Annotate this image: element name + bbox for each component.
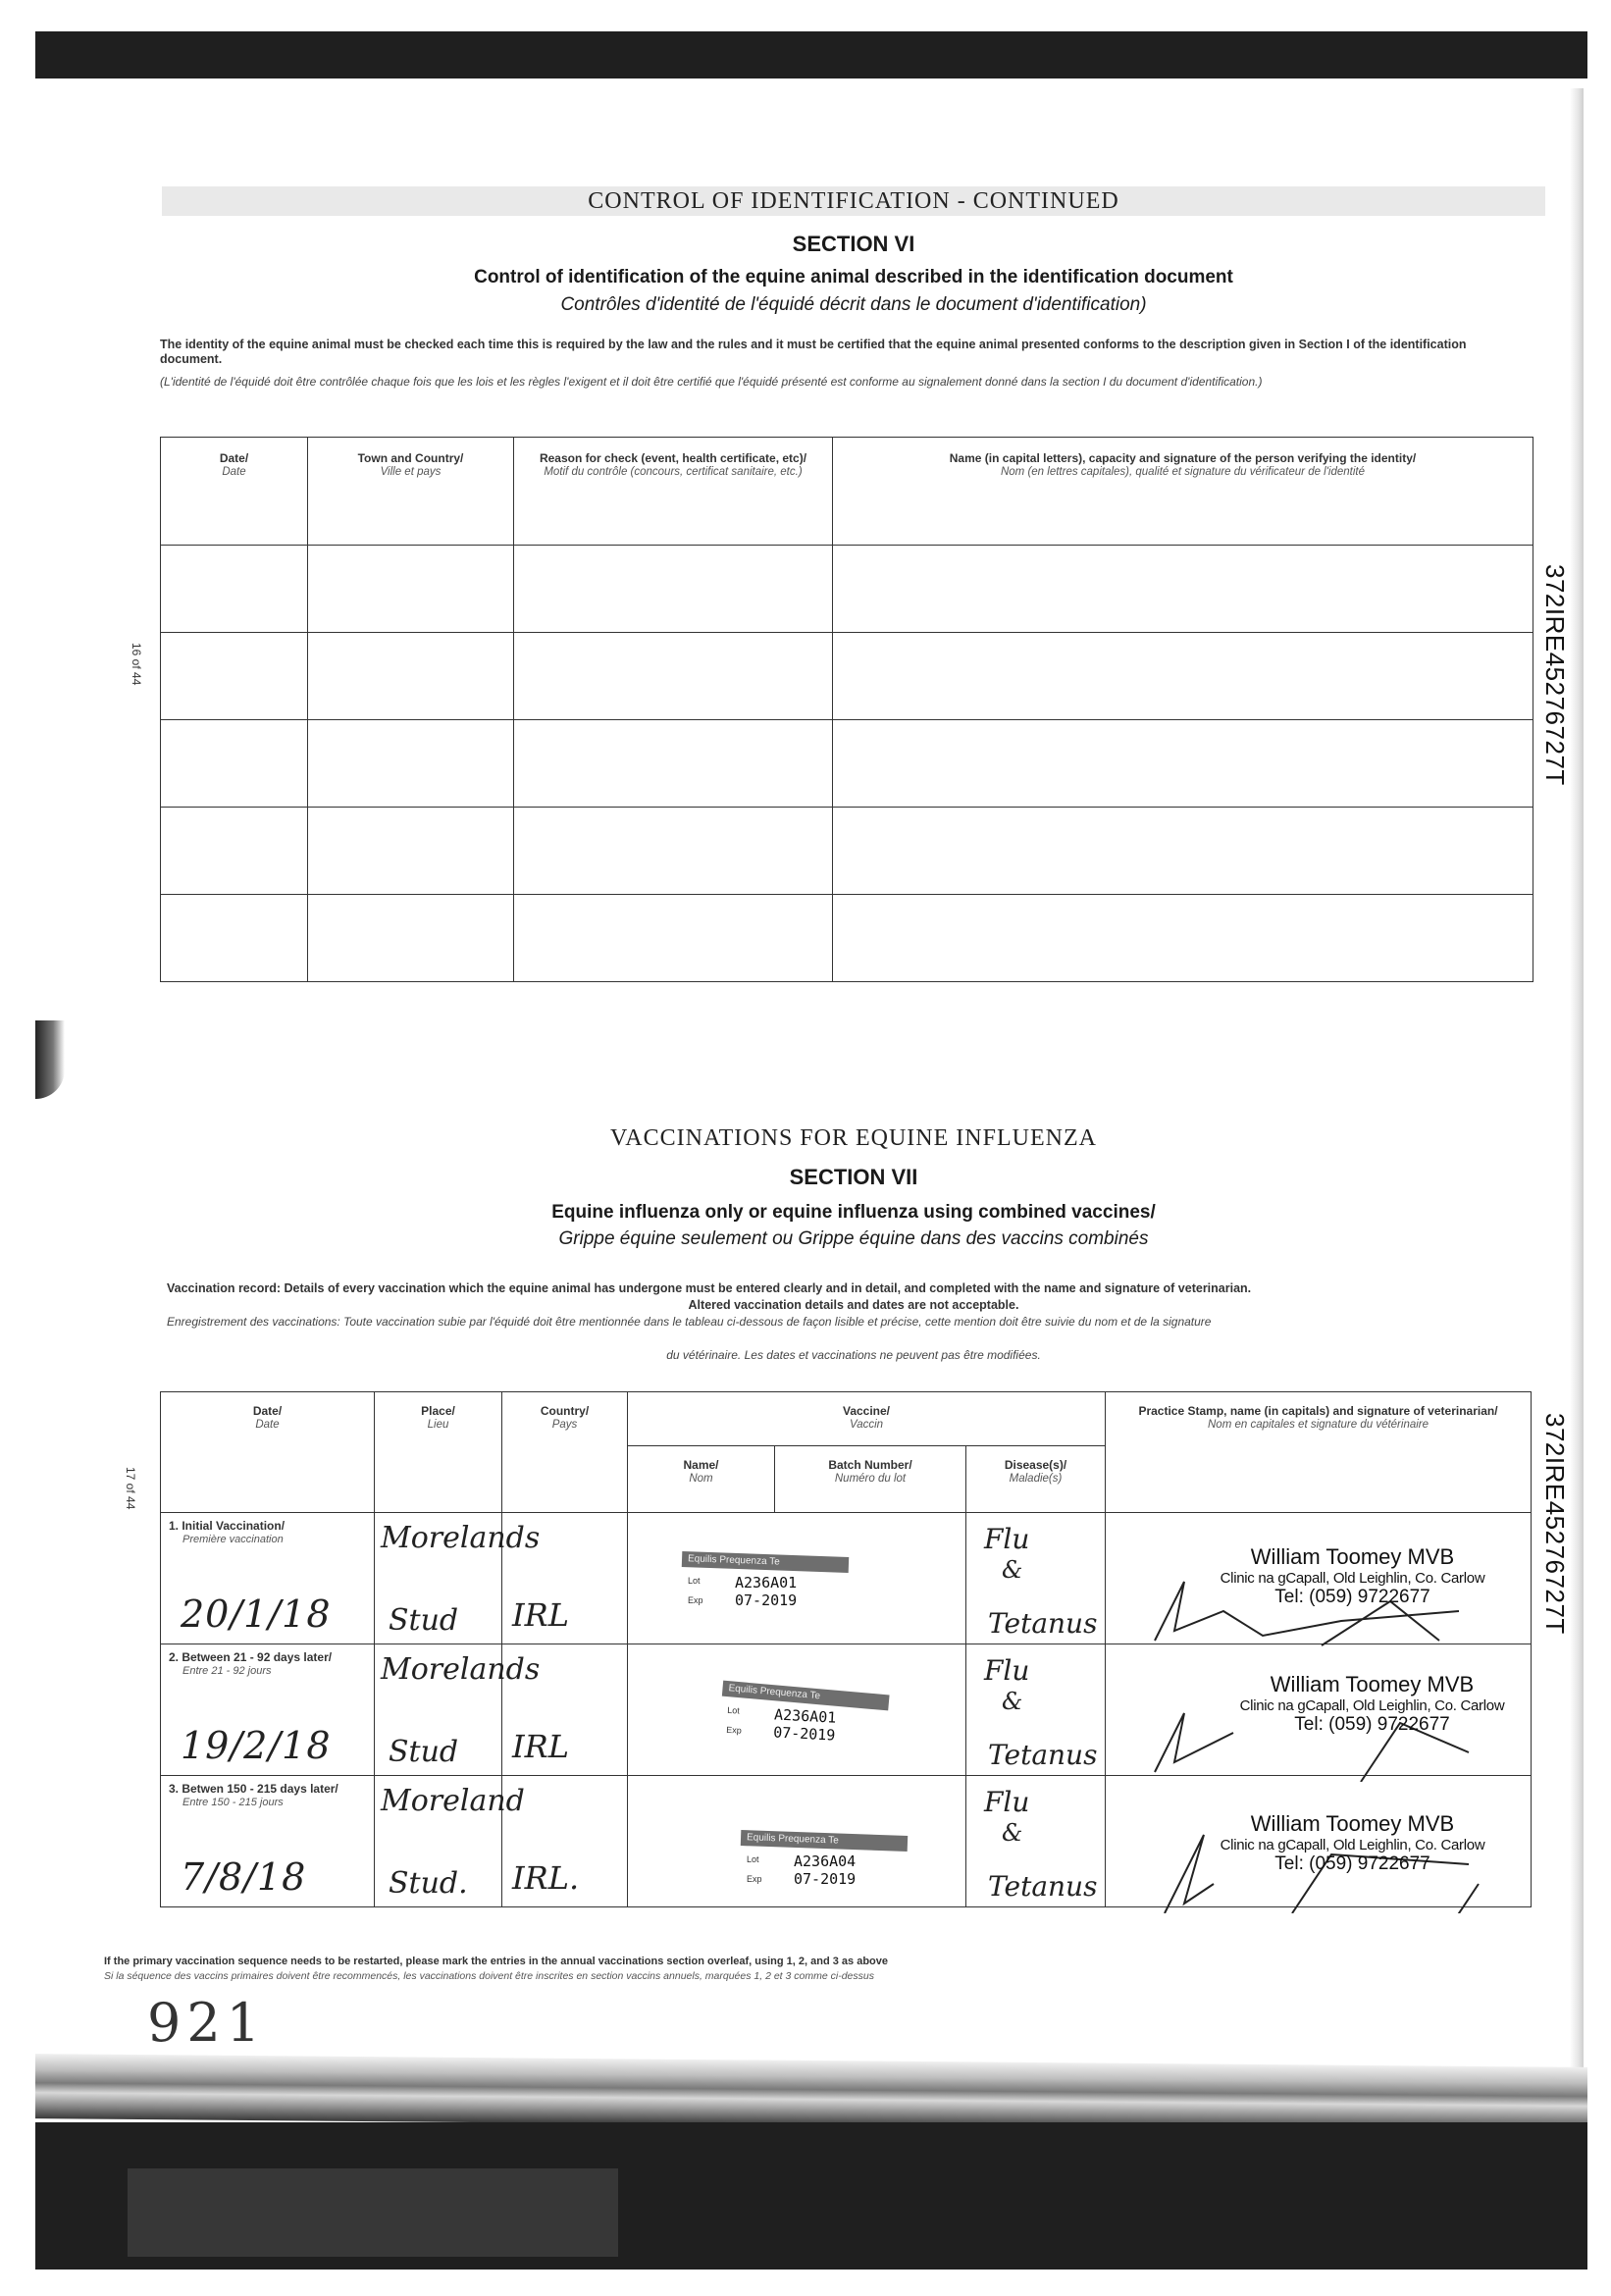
vaccine-sticker: Equilis Prequenza Te Lot A236A04 Exp 07-…	[741, 1833, 908, 1894]
scanner-top-band	[35, 31, 1587, 78]
footnote-fr: Si la séquence des vaccins primaires doi…	[104, 1970, 1576, 1982]
section7-note-fr-2: du vétérinaire. Les dates et vaccination…	[162, 1348, 1545, 1362]
table-header-row: Date/Date Town and Country/Ville et pays…	[161, 438, 1533, 546]
col-header-town-country: Town and Country/Ville et pays	[308, 438, 514, 546]
footnote-en: If the primary vaccination sequence need…	[104, 1956, 1576, 1967]
col-header-reason: Reason for check (event, health certific…	[514, 438, 833, 546]
section7-note-en: Vaccination record: Details of every vac…	[167, 1281, 1540, 1296]
scanner-artifact	[128, 2168, 618, 2257]
cell-verifier[interactable]	[833, 808, 1533, 895]
section6-banner: CONTROL OF IDENTIFICATION - CONTINUED	[162, 188, 1545, 215]
handwritten-date: 19/2/18	[181, 1724, 332, 1767]
page-marker-upper: 16 of 44	[130, 643, 143, 685]
cell-diseases: Flu & Tetanus	[966, 1776, 1106, 1907]
table-row	[161, 546, 1533, 633]
cell-verifier[interactable]	[833, 546, 1533, 633]
col-header-batch: Batch Number/Numéro du lot	[775, 1446, 966, 1513]
table-row	[161, 895, 1533, 982]
table-row	[161, 720, 1533, 808]
page-marker-lower: 17 of 44	[124, 1467, 137, 1509]
cell-vet-stamp: William Toomey MVB Clinic na gCapall, Ol…	[1106, 1513, 1532, 1644]
section7-title: SECTION VII	[162, 1165, 1545, 1190]
cell-vaccine-name-batch: Equilis Prequenza Te Lot A236A01 Exp 07-…	[628, 1513, 966, 1644]
section6-note-fr: (L'identité de l'équidé doit être contrô…	[160, 375, 1512, 389]
col-header-verifier: Name (in capital letters), capacity and …	[833, 438, 1533, 546]
cell-town[interactable]	[308, 720, 514, 808]
cell-date: 3. Betwen 150 - 215 days later/Entre 150…	[161, 1776, 375, 1907]
col-header-vaccine: Vaccine/Vaccin	[628, 1392, 1106, 1446]
cell-reason[interactable]	[514, 633, 833, 720]
section7-subtitle-fr: Grippe équine seulement ou Grippe équine…	[162, 1228, 1545, 1250]
table-header-row: Date/Date Place/Lieu Country/Pays Vaccin…	[161, 1392, 1532, 1446]
practice-stamp: William Toomey MVB Clinic na gCapall, Ol…	[1106, 1811, 1531, 1875]
batch-number: A236A01	[735, 1574, 797, 1592]
cell-date[interactable]	[161, 546, 308, 633]
handwritten-date: 7/8/18	[181, 1855, 306, 1899]
cell-vet-stamp: William Toomey MVB Clinic na gCapall, Ol…	[1106, 1776, 1532, 1907]
cell-town[interactable]	[308, 808, 514, 895]
section7-subtitle-en: Equine influenza only or equine influenz…	[162, 1202, 1545, 1224]
page-edge-shadow	[1570, 88, 1584, 2110]
expiry-date: 07-2019	[735, 1592, 797, 1609]
vaccination-row-1: 1. Initial Vaccination/Première vaccinat…	[161, 1513, 1532, 1644]
col-header-vet: Practice Stamp, name (in capitals) and s…	[1106, 1392, 1532, 1513]
cell-date[interactable]	[161, 633, 308, 720]
handwritten-country: IRL	[512, 1596, 569, 1634]
stage-label: 2. Between 21 - 92 days later/Entre 21 -…	[169, 1650, 332, 1678]
col-header-place: Place/Lieu	[375, 1392, 502, 1513]
cell-date[interactable]	[161, 895, 308, 982]
cell-place: Morelands Stud	[375, 1644, 502, 1776]
vaccination-row-2: 2. Between 21 - 92 days later/Entre 21 -…	[161, 1644, 1532, 1776]
cell-date[interactable]	[161, 720, 308, 808]
cell-town[interactable]	[308, 546, 514, 633]
cell-country: IRL	[502, 1644, 628, 1776]
cell-reason[interactable]	[514, 720, 833, 808]
section6-note-en: The identity of the equine animal must b…	[160, 338, 1512, 367]
cell-country: IRL.	[502, 1776, 628, 1907]
col-header-date: Date/Date	[161, 438, 308, 546]
scanner-binding-strip	[35, 2054, 1587, 2132]
vaccine-name: Equilis Prequenza Te	[682, 1551, 849, 1573]
cell-place: Moreland Stud.	[375, 1776, 502, 1907]
document-id-upper: 372IRE45276727T	[1539, 564, 1570, 786]
stage-label: 1. Initial Vaccination/Première vaccinat…	[169, 1519, 285, 1546]
section7-note-en-2: Altered vaccination details and dates ar…	[162, 1298, 1545, 1313]
col-header-diseases: Disease(s)/Maladie(s)	[966, 1446, 1106, 1513]
handwritten-place-2: Stud	[389, 1603, 458, 1638]
cell-verifier[interactable]	[833, 633, 1533, 720]
cell-verifier[interactable]	[833, 895, 1533, 982]
identity-check-table: Date/Date Town and Country/Ville et pays…	[160, 437, 1533, 982]
handwritten-date: 20/1/18	[181, 1592, 332, 1636]
col-header-date: Date/Date	[161, 1392, 375, 1513]
cell-reason[interactable]	[514, 895, 833, 982]
cell-place: Morelands Stud	[375, 1513, 502, 1644]
document-id-lower: 372IRE45276727T	[1539, 1413, 1570, 1635]
cell-vaccine-name-batch: Equilis Prequenza Te Lot A236A01 Exp 07-…	[628, 1644, 966, 1776]
cell-vaccine-name-batch: Equilis Prequenza Te Lot A236A04 Exp 07-…	[628, 1776, 966, 1907]
cell-reason[interactable]	[514, 546, 833, 633]
vaccination-row-3: 3. Betwen 150 - 215 days later/Entre 150…	[161, 1776, 1532, 1907]
page-curl-shadow	[35, 1020, 65, 1099]
cell-town[interactable]	[308, 895, 514, 982]
handwritten-page-number: 921	[147, 1992, 266, 2054]
cell-diseases: Flu & Tetanus	[966, 1644, 1106, 1776]
section7-banner: VACCINATIONS FOR EQUINE INFLUENZA	[162, 1125, 1545, 1152]
vaccine-sticker: Equilis Prequenza Te Lot A236A01 Exp 07-…	[719, 1684, 889, 1753]
col-header-country: Country/Pays	[502, 1392, 628, 1513]
cell-date: 1. Initial Vaccination/Première vaccinat…	[161, 1513, 375, 1644]
cell-reason[interactable]	[514, 808, 833, 895]
col-header-vaccine-name: Name/Nom	[628, 1446, 775, 1513]
table-row	[161, 633, 1533, 720]
vaccine-sticker: Equilis Prequenza Te Lot A236A01 Exp 07-…	[682, 1554, 849, 1615]
section6-title: SECTION VI	[162, 232, 1545, 257]
cell-date: 2. Between 21 - 92 days later/Entre 21 -…	[161, 1644, 375, 1776]
section7-note-fr: Enregistrement des vaccinations: Toute v…	[167, 1315, 1540, 1329]
section6-subtitle-fr: Contrôles d'identité de l'équidé décrit …	[162, 294, 1545, 316]
cell-verifier[interactable]	[833, 720, 1533, 808]
cell-date[interactable]	[161, 808, 308, 895]
cell-vet-stamp: William Toomey MVB Clinic na gCapall, Ol…	[1106, 1644, 1532, 1776]
cell-country: IRL	[502, 1513, 628, 1644]
cell-diseases: Flu & Tetanus	[966, 1513, 1106, 1644]
table-row	[161, 808, 1533, 895]
stage-label: 3. Betwen 150 - 215 days later/Entre 150…	[169, 1782, 338, 1809]
section6-subtitle-en: Control of identification of the equine …	[162, 267, 1545, 288]
practice-stamp: William Toomey MVB Clinic na gCapall, Ol…	[1145, 1672, 1531, 1736]
vaccination-table: Date/Date Place/Lieu Country/Pays Vaccin…	[160, 1391, 1532, 1907]
practice-stamp: William Toomey MVB Clinic na gCapall, Ol…	[1106, 1544, 1531, 1608]
cell-town[interactable]	[308, 633, 514, 720]
